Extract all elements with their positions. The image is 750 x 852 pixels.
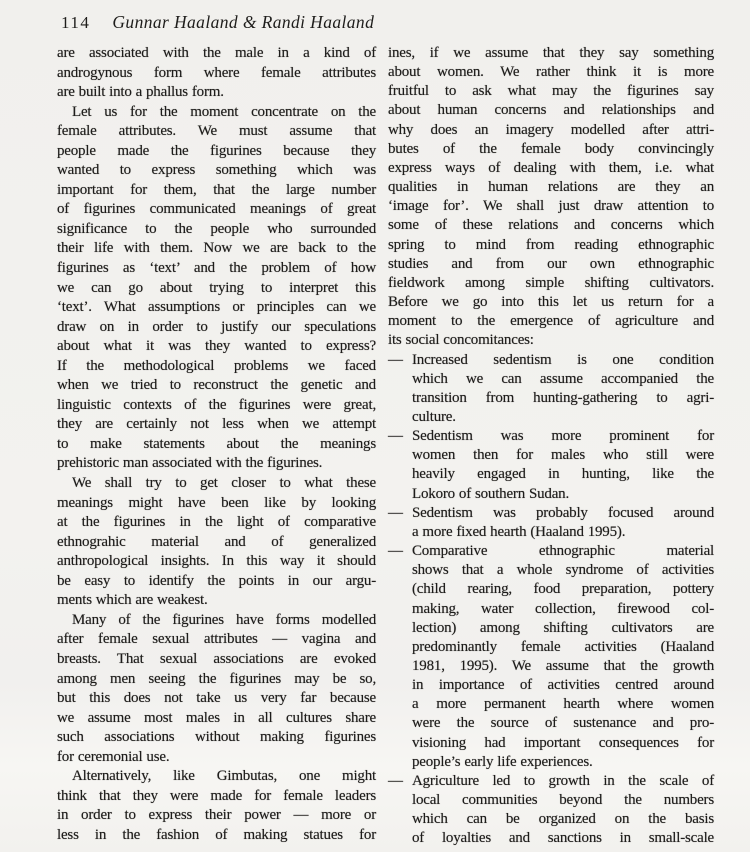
- text-line: Before we go into this let us return for…: [388, 293, 714, 312]
- text-line: female attributes. We must assume that: [57, 122, 376, 142]
- text-line: draw on in order to justify our speculat…: [57, 318, 376, 338]
- em-dash-marker: —: [388, 351, 412, 370]
- em-dash-marker: —: [388, 427, 412, 446]
- paragraph: are associated with the male in a kind o…: [57, 44, 376, 103]
- text-line: (child rearing, food preparation, potter…: [412, 580, 714, 599]
- text-line: of figurines communicated meanings of gr…: [57, 200, 376, 220]
- text-line: why does an imagery modelled after attri…: [388, 121, 714, 140]
- text-line: Lokoro of southern Sudan.: [412, 485, 714, 504]
- em-dash-marker: —: [388, 504, 412, 523]
- text-line: ments which are weakest.: [57, 591, 376, 611]
- text-line: Sedentism was more prominent for: [412, 427, 714, 446]
- text-line: less in the fashion of making statues fo…: [57, 826, 376, 846]
- text-line: think that they were made for female lea…: [57, 787, 376, 807]
- text-line: spring to mind from reading ethnographic: [388, 236, 714, 255]
- text-line: we assume most males in all cultures sha…: [57, 709, 376, 729]
- running-title: Gunnar Haaland & Randi Haaland: [112, 12, 374, 32]
- text-line: they are certainly not less when we atte…: [57, 415, 376, 435]
- text-line: predominantly female activities (Haaland: [412, 638, 714, 657]
- text-line: women then for males who still were: [412, 446, 714, 465]
- paragraph: Alternatively, like Gimbutas, one mightt…: [57, 767, 376, 845]
- text-line: in importance of activities centred arou…: [412, 676, 714, 695]
- paragraph: Let us for the moment concentrate on the…: [57, 103, 376, 474]
- text-line: If the methodological problems we faced: [57, 357, 376, 377]
- text-line: about human concerns and relationships a…: [388, 101, 714, 120]
- text-line: such associations without making figurin…: [57, 728, 376, 748]
- text-line: Sedentism was probably focused around: [412, 504, 714, 523]
- text-line: about what it was they wanted to express…: [57, 337, 376, 357]
- text-line: at the figurines in the light of compara…: [57, 513, 376, 533]
- text-line: people made the figurines because they: [57, 142, 376, 162]
- text-line: which we can assume accompanied the: [412, 370, 714, 389]
- list-item: —Sedentism was probably focused arounda …: [388, 504, 714, 542]
- text-line: some of these relations and concerns whi…: [388, 216, 714, 235]
- text-line: ‘image for’. We shall just draw attentio…: [388, 197, 714, 216]
- text-line: their life with them. Now we are back to…: [57, 239, 376, 259]
- text-line: be easy to identify the points in our ar…: [57, 572, 376, 592]
- text-line: ines, if we assume that they say somethi…: [388, 44, 714, 63]
- text-line: for ceremonial use.: [57, 748, 376, 768]
- text-line: ethnograhic material and of generalized: [57, 533, 376, 553]
- text-line: its social concomitances:: [388, 331, 714, 350]
- list-item: —Increased sedentism is one conditionwhi…: [388, 351, 714, 428]
- text-line: Comparative ethnographic material: [412, 542, 714, 561]
- right-column: ines, if we assume that they say somethi…: [388, 44, 714, 849]
- text-line: but this does not take us very far becau…: [57, 689, 376, 709]
- text-line: fieldwork among simple shifting cultivat…: [388, 274, 714, 293]
- text-line: making, water collection, firewood col-: [412, 600, 714, 619]
- text-line: when we tried to reconstruct the genetic…: [57, 376, 376, 396]
- text-line: studies and from our own ethnographic: [388, 255, 714, 274]
- running-header: 114Gunnar Haaland & Randi Haaland: [61, 12, 374, 33]
- text-line: Alternatively, like Gimbutas, one might: [57, 767, 376, 787]
- text-line: linguistic contexts of the figurines wer…: [57, 396, 376, 416]
- text-line: culture.: [412, 408, 714, 427]
- list-item: —Comparative ethnographic materialshows …: [388, 542, 714, 772]
- text-line: express ways of dealing with them, i.e. …: [388, 159, 714, 178]
- text-line: Agriculture led to growth in the scale o…: [412, 772, 714, 791]
- text-line: qualities in human relations are they an: [388, 178, 714, 197]
- text-line: are associated with the male in a kind o…: [57, 44, 376, 64]
- text-line: Increased sedentism is one condition: [412, 351, 714, 370]
- text-line: which can be organized on the basis: [412, 810, 714, 829]
- text-line: to make statements about the meanings: [57, 435, 376, 455]
- text-line: meanings might have been like by looking: [57, 494, 376, 514]
- text-line: heavily engaged in hunting, like the: [412, 465, 714, 484]
- em-dash-marker: —: [388, 542, 412, 561]
- text-line: butes of the female body convincingly: [388, 140, 714, 159]
- text-line: important for them, that the large numbe…: [57, 181, 376, 201]
- text-line: we can go about trying to interpret this: [57, 279, 376, 299]
- text-line: significance to the people who surrounde…: [57, 220, 376, 240]
- text-line: lection) among shifting cultivators are: [412, 619, 714, 638]
- text-line: Let us for the moment concentrate on the: [57, 103, 376, 123]
- em-dash-marker: —: [388, 772, 412, 791]
- text-line: prehistoric man associated with the figu…: [57, 454, 376, 474]
- text-line: about women. We rather think it is more: [388, 63, 714, 82]
- text-line: were the source of sustenance and pro-: [412, 714, 714, 733]
- text-line: 1981, 1995). We assume that the growth: [412, 657, 714, 676]
- text-line: shows that a whole syndrome of activitie…: [412, 561, 714, 580]
- text-line: We shall try to get closer to what these: [57, 474, 376, 494]
- text-line: moment to the emergence of agriculture a…: [388, 312, 714, 331]
- text-line: in order to express their power — more o…: [57, 806, 376, 826]
- list-item: —Sedentism was more prominent forwomen t…: [388, 427, 714, 504]
- text-line: are built into a phallus form.: [57, 83, 376, 103]
- paragraph: ines, if we assume that they say somethi…: [388, 44, 714, 351]
- text-line: people’s early life experiences.: [412, 753, 714, 772]
- text-line: Many of the figurines have forms modelle…: [57, 611, 376, 631]
- text-line: a more permanent hearth where women: [412, 695, 714, 714]
- text-line: androgynous form where female attributes: [57, 64, 376, 84]
- text-line: fruitful to ask what may the figurines s…: [388, 82, 714, 101]
- text-line: wanted to express something which was: [57, 161, 376, 181]
- text-line: after female sexual attributes — vagina …: [57, 630, 376, 650]
- text-line: of loyalties and sanctions in small-scal…: [412, 829, 714, 848]
- page-number: 114: [61, 13, 90, 33]
- paragraph: Many of the figurines have forms modelle…: [57, 611, 376, 767]
- text-line: among men seeing the figurines may be so…: [57, 670, 376, 690]
- text-line: breasts. That sexual associations are ev…: [57, 650, 376, 670]
- scanned-book-page: 114Gunnar Haaland & Randi Haaland are as…: [0, 0, 750, 852]
- text-line: a more fixed hearth (Haaland 1995).: [412, 523, 714, 542]
- text-line: local communities beyond the numbers: [412, 791, 714, 810]
- text-line: ‘text’. What assumptions or principles c…: [57, 298, 376, 318]
- text-line: anthropological insights. In this way it…: [57, 552, 376, 572]
- text-line: transition from hunting-gathering to agr…: [412, 389, 714, 408]
- left-column: are associated with the male in a kind o…: [57, 44, 376, 845]
- text-line: figurines as ‘text’ and the problem of h…: [57, 259, 376, 279]
- paragraph: We shall try to get closer to what these…: [57, 474, 376, 611]
- list-item: —Agriculture led to growth in the scale …: [388, 772, 714, 849]
- text-line: visioning had important consequences for: [412, 734, 714, 753]
